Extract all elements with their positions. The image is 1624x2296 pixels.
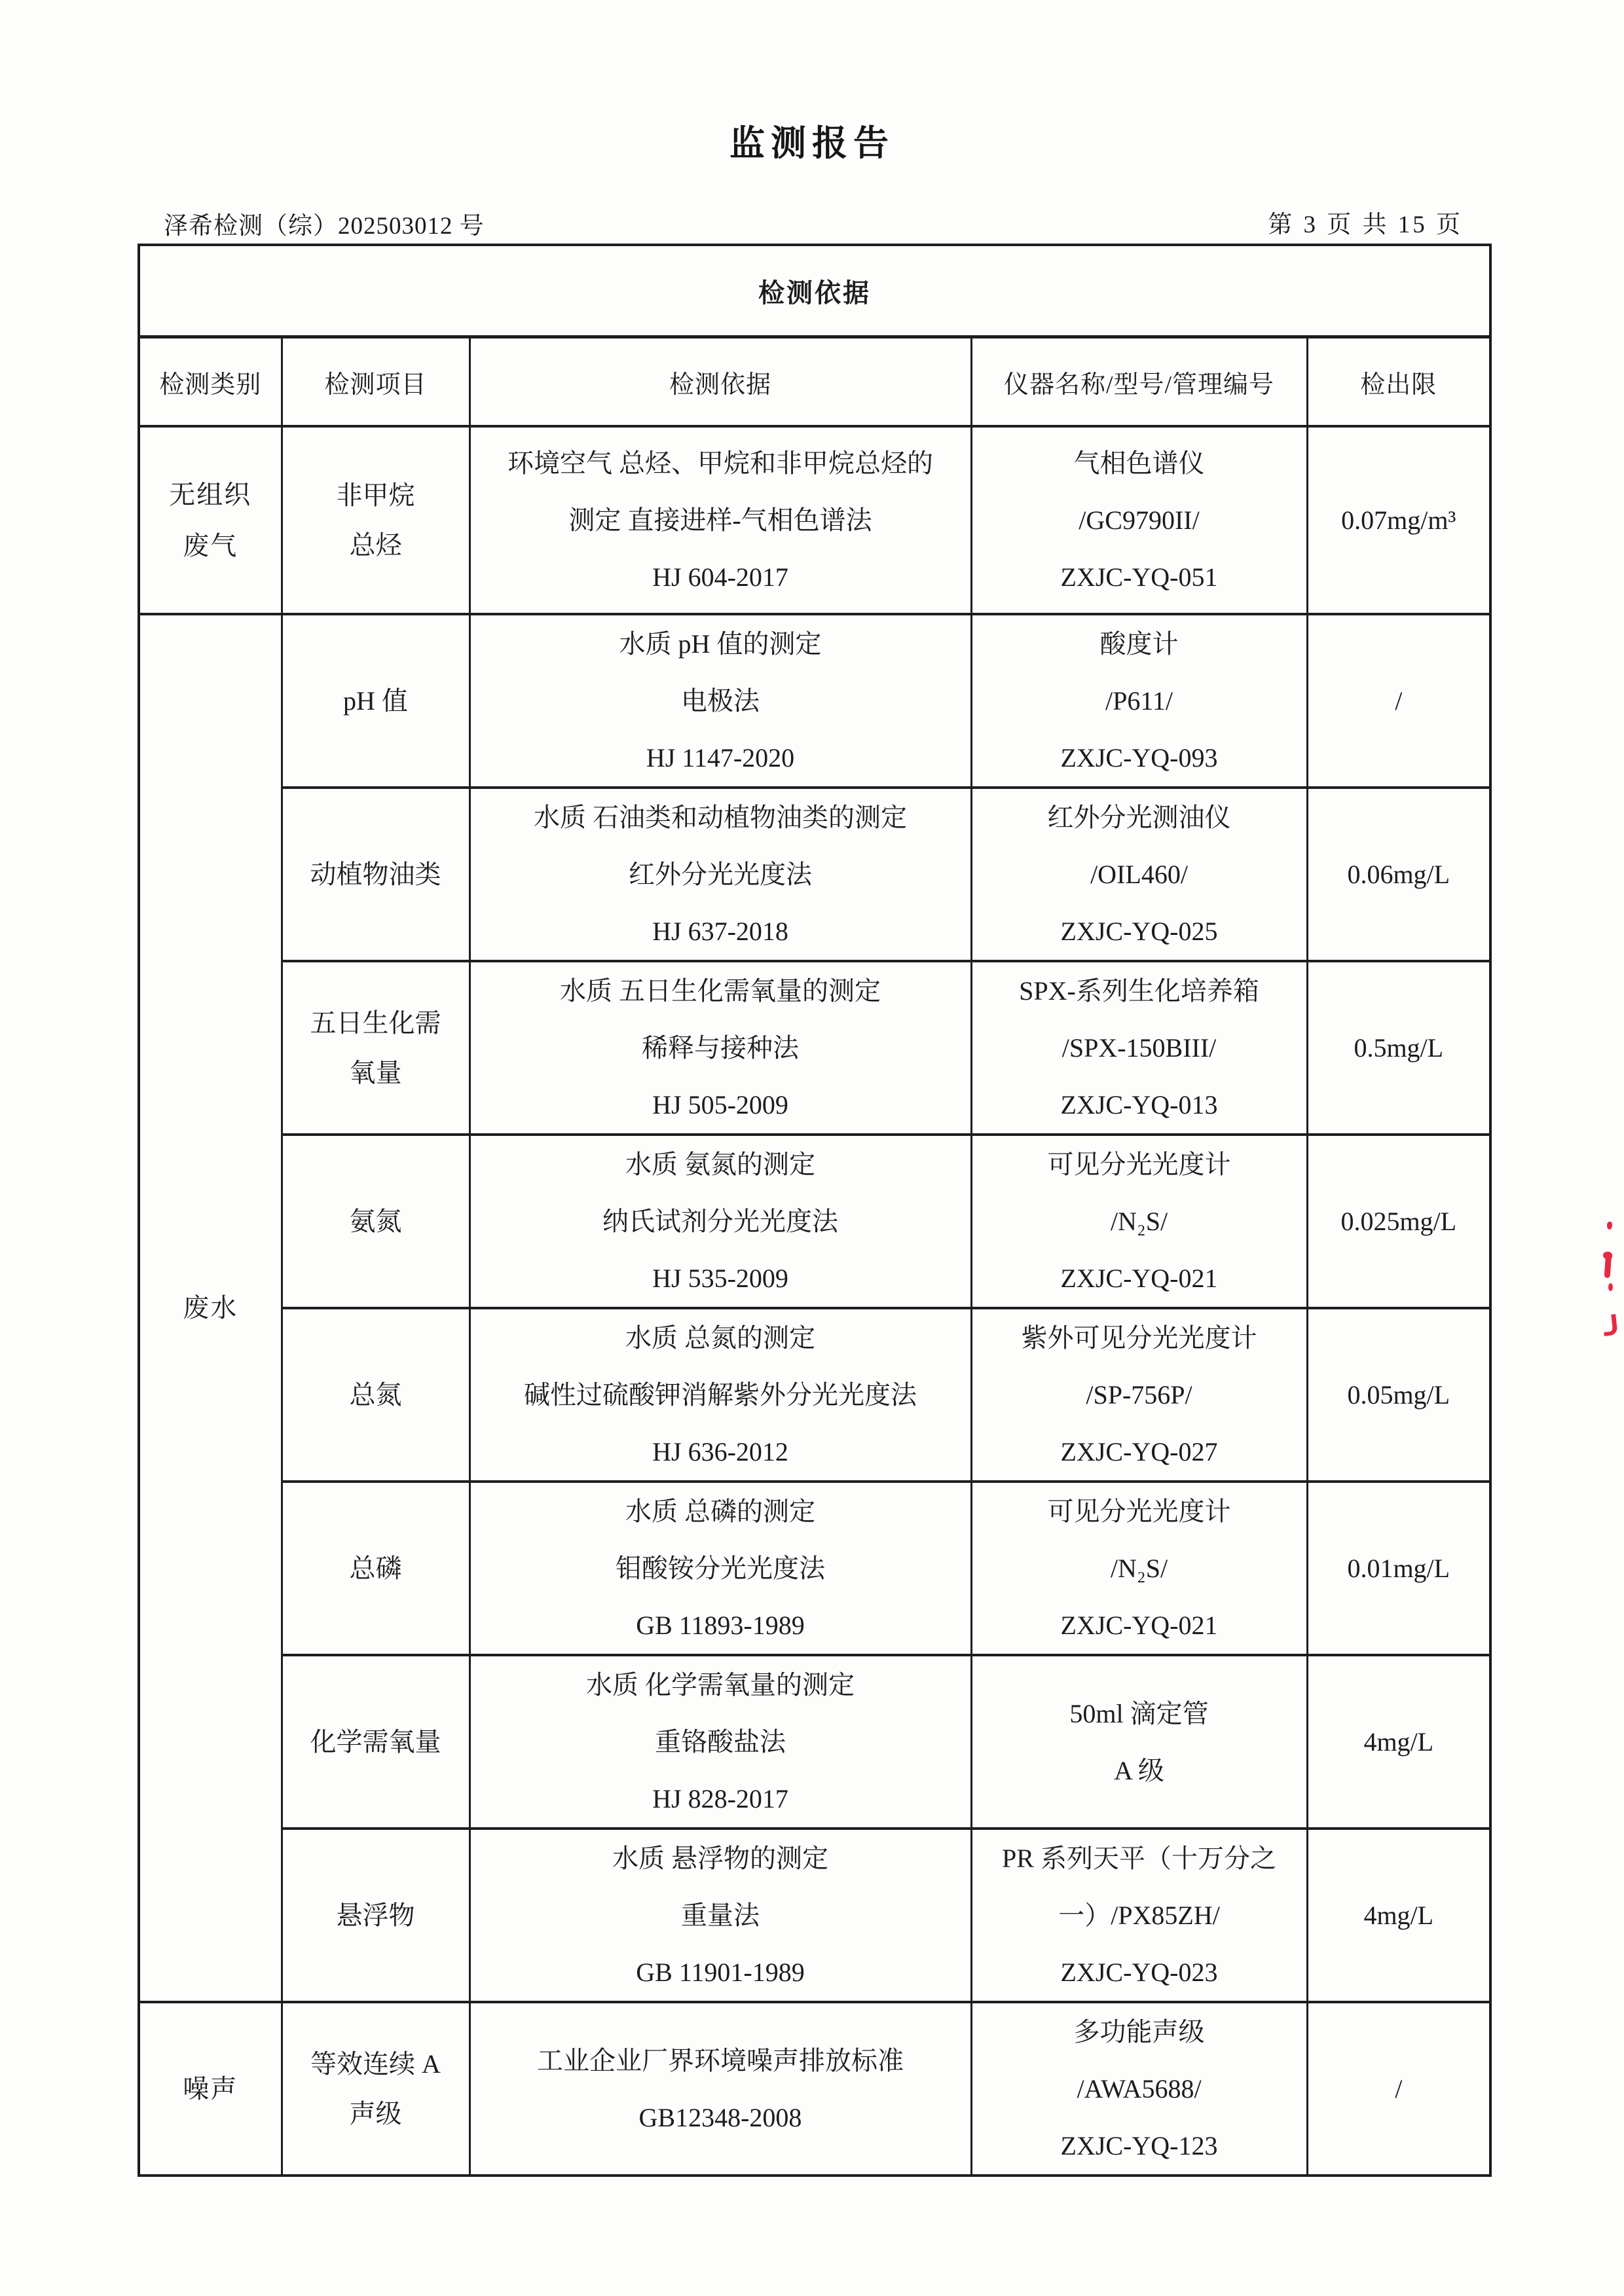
scanned-report-page: 监测报告 泽希检测（综）202503012 号 第 3 页 共 15 页 检测依… [0,0,1624,2296]
cell-instrument: 酸度计 /P611/ ZXJC-YQ-093 [971,614,1307,788]
cell-basis: 工业企业厂界环境噪声排放标准 GB12348-2008 [470,2002,971,2176]
cell-basis: 水质 悬浮物的测定 重量法 GB 11901-1989 [470,1829,971,2002]
cell-basis: 水质 总氮的测定 碱性过硫酸钾消解紫外分光光度法 HJ 636-2012 [470,1308,971,1482]
table-row-total-phosphorus: 总磷 水质 总磷的测定 钼酸铵分光光度法 GB 11893-1989 可见分光光… [139,1482,1490,1655]
table-row-suspended-solids: 悬浮物 水质 悬浮物的测定 重量法 GB 11901-1989 PR 系列天平（… [139,1829,1490,2002]
cell-instrument: 紫外可见分光光度计 /SP-756P/ ZXJC-YQ-027 [971,1308,1307,1482]
cell-category-wastewater: 废水 [139,614,282,2002]
cell-category-noise: 噪声 [139,2002,282,2176]
table-row-ammonia: 氨氮 水质 氨氮的测定 纳氏试剂分光光度法 HJ 535-2009 可见分光光度… [139,1135,1490,1308]
table-caption-row: 检测依据 [139,245,1490,337]
header-basis: 检测依据 [470,337,971,427]
header-instrument: 仪器名称/型号/管理编号 [971,337,1307,427]
header-limit: 检出限 [1307,337,1490,427]
table-row-bod5: 五日生化需 氧量 水质 五日生化需氧量的测定 稀释与接种法 HJ 505-200… [139,961,1490,1135]
table-row-cod: 化学需氧量 水质 化学需氧量的测定 重铬酸盐法 HJ 828-2017 50ml… [139,1655,1490,1829]
cell-basis: 水质 石油类和动植物油类的测定 红外分光光度法 HJ 637-2018 [470,788,971,961]
cell-basis: 水质 氨氮的测定 纳氏试剂分光光度法 HJ 535-2009 [470,1135,971,1308]
cell-limit: 4mg/L [1307,1655,1490,1829]
red-ink-stroke [1604,1252,1612,1279]
red-ink-hook [1602,1314,1617,1336]
cell-basis: 水质 五日生化需氧量的测定 稀释与接种法 HJ 505-2009 [470,961,971,1135]
cell-instrument: 多功能声级 /AWA5688/ ZXJC-YQ-123 [971,2002,1307,2176]
cell-limit: 0.5mg/L [1307,961,1490,1135]
table-row-total-nitrogen: 总氮 水质 总氮的测定 碱性过硫酸钾消解紫外分光光度法 HJ 636-2012 … [139,1308,1490,1482]
cell-item: 悬浮物 [282,1829,470,2002]
cell-limit: / [1307,2002,1490,2176]
cell-limit: 0.01mg/L [1307,1482,1490,1655]
table-row-nmhc: 无组织 废气 非甲烷 总烃 环境空气 总烃、甲烷和非甲烷总烃的 测定 直接进样-… [139,426,1490,614]
cell-instrument: 可见分光光度计 /N₂S/ ZXJC-YQ-021 [971,1482,1307,1655]
cell-item: pH 值 [282,614,470,788]
page-number: 第 3 页 共 15 页 [1268,204,1463,240]
cell-item: 氨氮 [282,1135,470,1308]
cell-category-fugitive-gas: 无组织 废气 [139,426,282,614]
table-row-ph: 废水 pH 值 水质 pH 值的测定 电极法 HJ 1147-2020 酸度计 … [139,614,1490,788]
cell-instrument: 可见分光光度计 /N₂S/ ZXJC-YQ-021 [971,1135,1307,1308]
cell-item: 动植物油类 [282,788,470,961]
header-category: 检测类别 [139,337,282,427]
cell-limit: 0.05mg/L [1307,1308,1490,1482]
report-number: 泽希检测（综）202503012 号 [164,206,485,241]
cell-item: 非甲烷 总烃 [282,426,470,614]
cell-basis: 环境空气 总烃、甲烷和非甲烷总烃的 测定 直接进样-气相色谱法 HJ 604-2… [470,426,971,614]
table-header-row: 检测类别 检测项目 检测依据 仪器名称/型号/管理编号 检出限 [139,337,1490,427]
cell-item: 总氮 [282,1308,470,1482]
header-item: 检测项目 [282,337,470,427]
cell-instrument: 气相色谱仪 /GC9790II/ ZXJC-YQ-051 [971,426,1307,614]
table-caption: 检测依据 [139,245,1490,337]
table-row-noise: 噪声 等效连续 A 声级 工业企业厂界环境噪声排放标准 GB12348-2008… [139,2002,1490,2176]
page-title: 监测报告 [0,115,1624,166]
table-row-oil: 动植物油类 水质 石油类和动植物油类的测定 红外分光光度法 HJ 637-201… [139,788,1490,961]
cell-basis: 水质 总磷的测定 钼酸铵分光光度法 GB 11893-1989 [470,1482,971,1655]
cell-limit: 0.07mg/m³ [1307,426,1490,614]
red-ink-dot-1 [1607,1222,1612,1230]
cell-item: 五日生化需 氧量 [282,961,470,1135]
cell-instrument: SPX-系列生化培养箱 /SPX-150BIII/ ZXJC-YQ-013 [971,961,1307,1135]
cell-limit: 4mg/L [1307,1829,1490,2002]
cell-instrument: 50ml 滴定管 A 级 [971,1655,1307,1829]
cell-instrument: 红外分光测油仪 /OIL460/ ZXJC-YQ-025 [971,788,1307,961]
cell-limit: 0.025mg/L [1307,1135,1490,1308]
cell-item: 等效连续 A 声级 [282,2002,470,2176]
cell-basis: 水质 pH 值的测定 电极法 HJ 1147-2020 [470,614,971,788]
cell-item: 总磷 [282,1482,470,1655]
cell-basis: 水质 化学需氧量的测定 重铬酸盐法 HJ 828-2017 [470,1655,971,1829]
cell-limit: 0.06mg/L [1307,788,1490,961]
red-ink-dot-2 [1608,1283,1613,1291]
cell-instrument: PR 系列天平（十万分之 一）/PX85ZH/ ZXJC-YQ-023 [971,1829,1307,2002]
cell-limit: / [1307,614,1490,788]
cell-item: 化学需氧量 [282,1655,470,1829]
detection-basis-table: 检测依据 检测类别 检测项目 检测依据 仪器名称/型号/管理编号 检出限 无组织… [138,244,1492,2177]
